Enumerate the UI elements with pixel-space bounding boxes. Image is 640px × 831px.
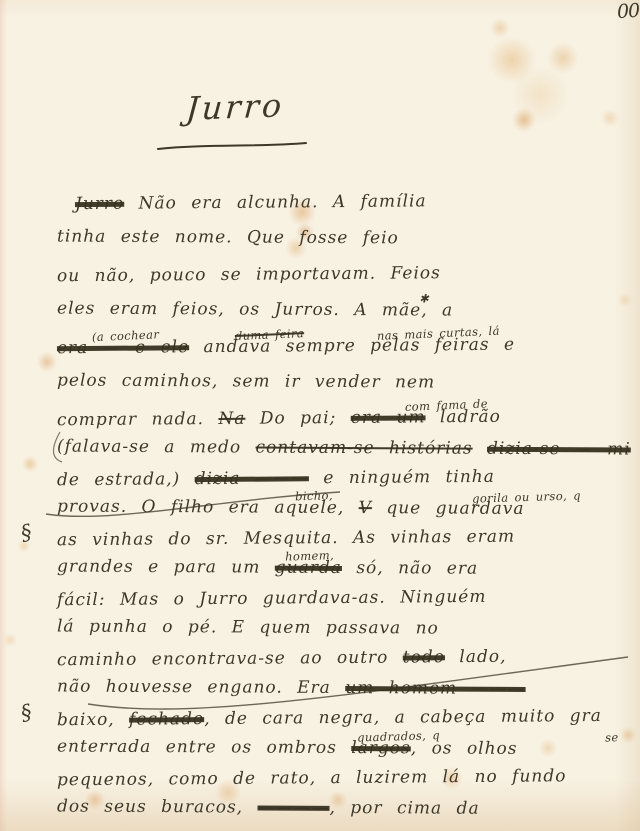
manuscript-line: ou não, pouco se importavam. Feios — [57, 260, 627, 300]
insertion-text: quadrados, q — [357, 723, 441, 749]
page-title: Jurro — [185, 86, 286, 128]
handwritten-text: comprar nada. — [57, 409, 219, 430]
manuscript-line: §as vinhas do sr. Mesquita. As vinhas er… — [57, 524, 627, 558]
manuscript-line: Jurro Não era alcunha. A família — [57, 188, 627, 228]
handwritten-text: (falava-se a medo — [57, 437, 256, 458]
foxing-stain — [488, 36, 536, 84]
manuscript-line: homem,grandes e para um guarda só, não e… — [57, 555, 627, 588]
handwritten-text: só, não era — [342, 558, 478, 579]
handwritten-text: enterrada entre os ombros — [57, 737, 351, 759]
strikethrough-text: contavam-se histórias — [256, 438, 473, 459]
handwritten-text: lá punha o pé. E quem passava no — [57, 617, 439, 639]
manuscript-line: §baixo, fechado, de cara negra, a cabeça… — [57, 704, 627, 738]
strikethrough-text: fechado — [129, 709, 204, 730]
strikethrough-text: Jurro — [75, 194, 124, 214]
manuscript-line: tinha este nome. Que fosse feio — [57, 225, 627, 264]
foxing-stain — [37, 352, 57, 372]
manuscript-line: dos seus buracos, ————, por cima da — [57, 795, 627, 828]
strikethrough-text: V — [359, 498, 372, 518]
paragraph-mark: § — [18, 700, 34, 726]
insertion-text: duma feira — [234, 321, 304, 348]
manuscript-line: fácil: Mas o Jurro guardava-as. Ninguém — [57, 584, 627, 618]
manuscript-line: (a cochearduma feiranas mais curtas, láe… — [57, 332, 627, 372]
insertion-text: se — [605, 725, 619, 749]
handwritten-text: pequenos, como de rato, a luzirem lá no … — [57, 766, 567, 790]
handwritten-text: Não era alcunha. A família — [124, 191, 426, 213]
handwritten-text: , por cima da — [329, 798, 479, 819]
handwritten-text: pelos caminhos, sem ir vender nem — [57, 371, 435, 393]
handwritten-text: baixo, — [57, 710, 129, 731]
page-number: 001 — [616, 0, 640, 23]
strikethrough-text: Na — [218, 409, 245, 429]
handwritten-text: de estrada,) — [57, 469, 195, 490]
foxing-stain — [512, 108, 536, 132]
strikethrough-text: ———— — [257, 798, 329, 818]
manuscript-line: não houvesse engano. Era um homem ——— — [57, 675, 627, 708]
manuscript-line: caminho encontrava-se ao outro todo lado… — [57, 644, 627, 678]
strikethrough-text: dizia-se — mi — [487, 439, 631, 460]
insertion-text: bicho, — [295, 483, 334, 508]
handwritten-text: caminho encontrava-se ao outro — [57, 648, 403, 671]
title-underline-stroke — [158, 143, 306, 149]
paragraph-mark: § — [18, 520, 34, 546]
handwritten-text: grandes e para um — [57, 557, 275, 578]
strikethrough-text: todo — [403, 647, 445, 667]
foxing-stain — [601, 109, 619, 127]
insertion-text: ✱ — [419, 286, 430, 310]
handwritten-text: não houvesse engano. Era — [57, 677, 345, 699]
handwritten-text: dos seus buracos, — [57, 797, 258, 818]
manuscript-line: com fama decomprar nada. Na Do pai; era … — [57, 404, 627, 438]
handwritten-text: e ninguém tinha — [309, 467, 495, 488]
foxing-stain — [22, 456, 38, 472]
handwritten-text: fácil: Mas o Jurro guardava-as. Ninguém — [57, 587, 487, 610]
insertion-text: gorila ou urso, q — [472, 483, 582, 510]
handwritten-text — [473, 439, 488, 459]
foxing-stain — [510, 65, 570, 125]
strikethrough-text: um homem ——— — [345, 678, 525, 699]
manuscript-body: Jurro Não era alcunha. A famíliatinha es… — [57, 190, 627, 826]
foxing-stain — [547, 42, 579, 74]
insertion-text: com fama de — [404, 391, 488, 419]
manuscript-page: 001 Jurro Jurro Não era alcunha. A famíl… — [0, 0, 640, 831]
foxing-stain — [3, 633, 17, 647]
handwritten-text: eles eram feios, os Jurros. A mãe, a — [57, 299, 453, 321]
manuscript-line: bicho,gorila ou urso, qprovas. O filho e… — [57, 495, 627, 528]
handwritten-text: lado, — [445, 647, 507, 667]
manuscript-line: (falava-se a medo contavam-se histórias … — [57, 435, 627, 468]
handwritten-text: ou não, pouco se importavam. Feios — [57, 263, 441, 286]
insertion-text: homem, — [285, 543, 335, 568]
strikethrough-text: dizia ——— — [195, 468, 309, 489]
manuscript-line: pelos caminhos, sem ir vender nem — [57, 369, 627, 408]
manuscript-line: pequenos, como de rato, a luzirem lá no … — [57, 764, 627, 798]
insertion-text: (a cochear — [91, 322, 159, 349]
foxing-stain — [490, 18, 510, 38]
handwritten-text: tinha este nome. Que fosse feio — [57, 227, 399, 249]
manuscript-line: quadrados, qseenterrada entre os ombros … — [57, 735, 627, 768]
handwritten-text: Do pai; — [245, 408, 350, 429]
manuscript-line: lá punha o pé. E quem passava no — [57, 615, 627, 648]
